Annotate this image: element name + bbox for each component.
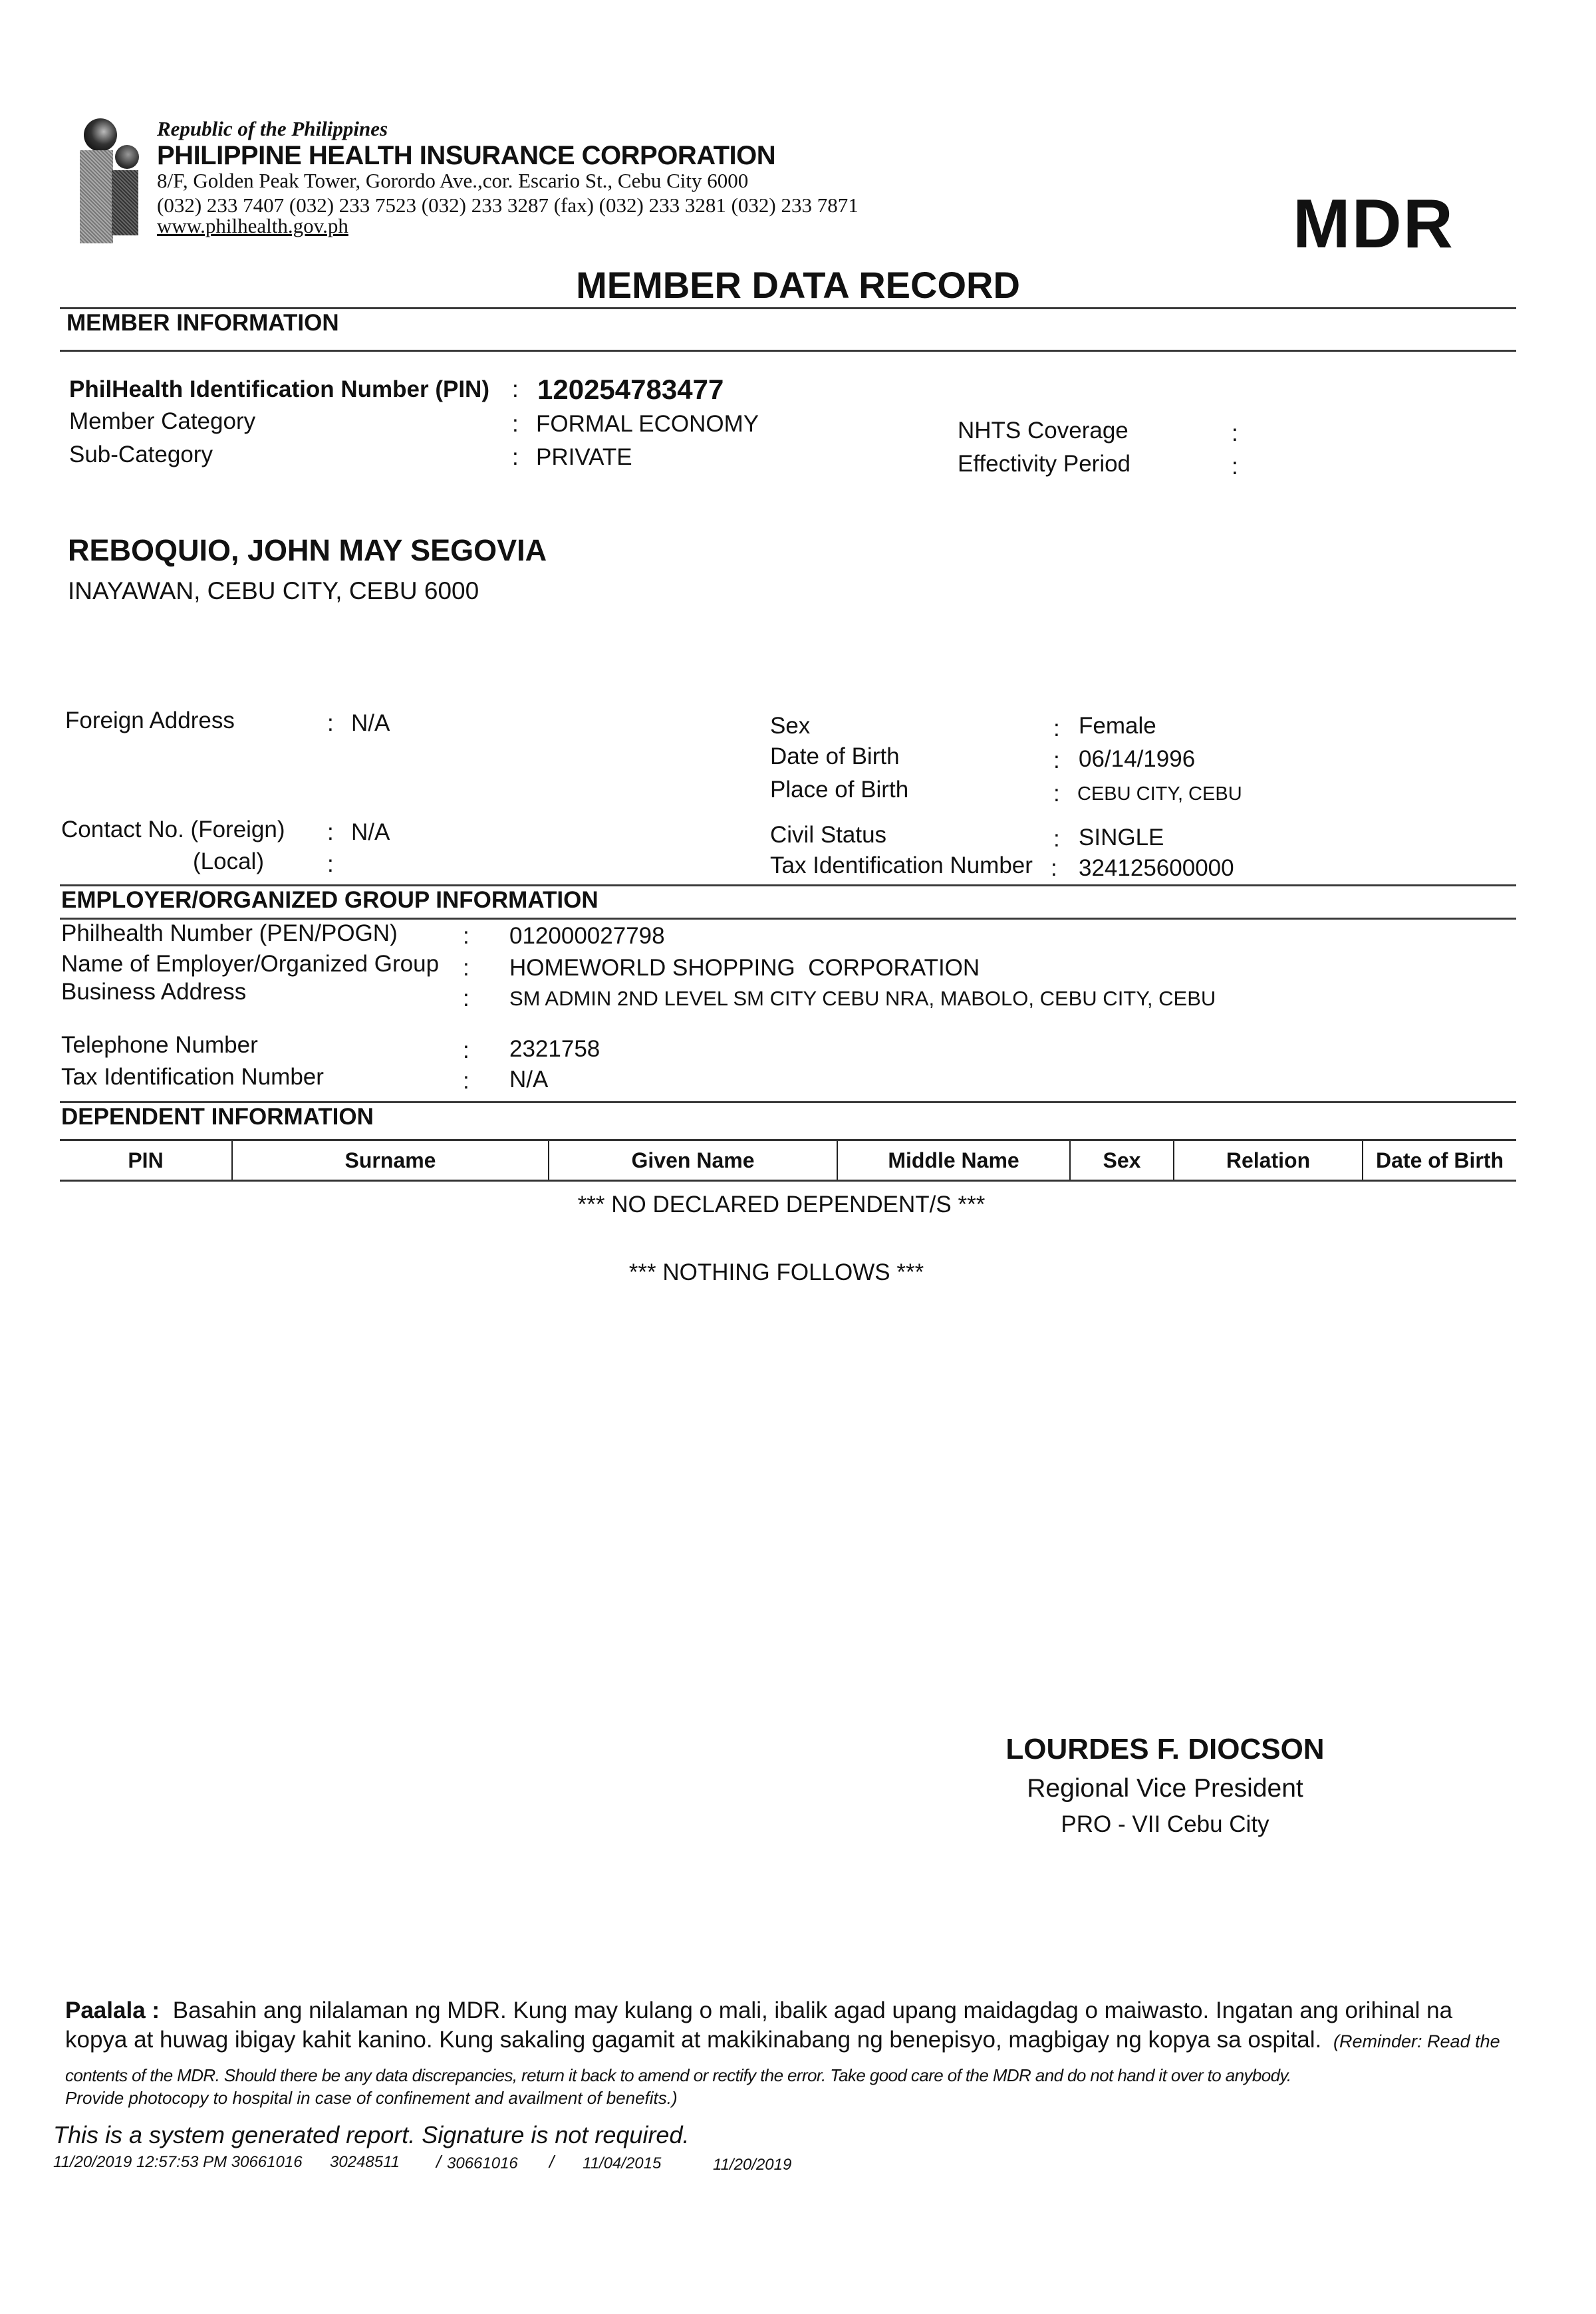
colon: : (512, 376, 519, 403)
colon: : (327, 851, 334, 878)
colon: : (1232, 420, 1238, 447)
colon: : (463, 985, 469, 1012)
colon: : (327, 710, 334, 737)
divider (60, 918, 1516, 920)
civil-status-value: SINGLE (1079, 825, 1164, 851)
member-name: REBOQUIO, JOHN MAY SEGOVIA (68, 533, 547, 568)
member-address: INAYAWAN, CEBU CITY, CEBU 6000 (68, 577, 479, 605)
stamp-date-1: 11/04/2015 (583, 2154, 661, 2173)
column-header-sex: Sex (1071, 1141, 1174, 1180)
colon: : (327, 819, 334, 846)
pen-value: 012000027798 (509, 923, 665, 950)
agency-address: 8/F, Golden Peak Tower, Gorordo Ave.,cor… (157, 169, 748, 193)
tin-value: 324125600000 (1079, 855, 1234, 882)
pob-value: CEBU CITY, CEBU (1077, 783, 1242, 805)
tin-label: Tax Identification Number (770, 852, 1033, 879)
pen-label: Philhealth Number (PEN/POGN) (61, 920, 398, 947)
colon: : (1053, 747, 1060, 774)
signatory-name: LOURDES F. DIOCSON (932, 1733, 1398, 1766)
sex-value: Female (1079, 713, 1156, 739)
reminder-text-2: kopya at huwag ibigay kahit kanino. Kung… (65, 2027, 1321, 2053)
pin-label: PhilHealth Identification Number (PIN) (69, 376, 489, 403)
stamp-id-2: 30661016 (447, 2154, 518, 2173)
column-header-surname: Surname (233, 1141, 549, 1180)
colon: : (1053, 826, 1060, 852)
column-header-middle-name: Middle Name (838, 1141, 1071, 1180)
nothing-follows-message: *** NOTHING FOLLOWS *** (0, 1259, 1553, 1286)
colon: : (463, 1037, 469, 1064)
column-header-pin: PIN (60, 1141, 233, 1180)
dob-value: 06/14/1996 (1079, 746, 1195, 773)
telephone-value: 2321758 (509, 1036, 600, 1063)
sub-category-value: PRIVATE (536, 444, 632, 471)
contact-foreign-value: N/A (351, 819, 390, 846)
divider (60, 350, 1516, 352)
member-category-label: Member Category (69, 408, 255, 435)
reminder-line-1: Paalala : Basahin ang nilalaman ng MDR. … (65, 1997, 1452, 2024)
system-generated-note: This is a system generated report. Signa… (53, 2121, 689, 2149)
column-header-date-of-birth: Date of Birth (1363, 1141, 1516, 1180)
signatory-office: PRO - VII Cebu City (932, 1811, 1398, 1838)
civil-status-label: Civil Status (770, 822, 886, 848)
colon: : (463, 923, 469, 950)
employer-tin-value: N/A (509, 1067, 548, 1093)
nhts-coverage-label: NHTS Coverage (958, 418, 1129, 444)
reminder-label: Paalala : (65, 1997, 160, 2023)
colon: : (463, 1068, 469, 1094)
divider (60, 884, 1516, 886)
contact-foreign-label: Contact No. (Foreign) (61, 817, 285, 843)
effectivity-period-label: Effectivity Period (958, 451, 1130, 477)
section-title-dependent-information: DEPENDENT INFORMATION (61, 1104, 374, 1130)
colon: : (512, 444, 519, 471)
colon: : (1232, 453, 1238, 480)
page-title: MEMBER DATA RECORD (0, 263, 1596, 307)
philhealth-logo-icon (78, 118, 152, 245)
employer-tin-label: Tax Identification Number (61, 1064, 324, 1091)
divider (60, 1101, 1516, 1103)
colon: : (1053, 781, 1060, 807)
republic-label: Republic of the Philippines (157, 117, 388, 141)
colon: : (1051, 855, 1057, 882)
dependent-table-header: PIN Surname Given Name Middle Name Sex R… (60, 1139, 1516, 1182)
sex-label: Sex (770, 713, 810, 739)
sub-category-label: Sub-Category (69, 442, 213, 468)
colon: : (1053, 715, 1060, 742)
section-title-employer-information: EMPLOYER/ORGANIZED GROUP INFORMATION (61, 887, 598, 914)
reminder-english-line-3: contents of the MDR. Should there be any… (65, 2065, 1291, 2086)
stamp-separator: / (436, 2152, 441, 2172)
stamp-separator: / (549, 2152, 554, 2172)
business-address-value: SM ADMIN 2ND LEVEL SM CITY CEBU NRA, MAB… (509, 987, 1216, 1011)
reminder-text-1: Basahin ang nilalaman ng MDR. Kung may k… (173, 1997, 1452, 2023)
dob-label: Date of Birth (770, 743, 900, 770)
reminder-english-line-4: Provide photocopy to hospital in case of… (65, 2088, 678, 2109)
pob-label: Place of Birth (770, 777, 908, 803)
agency-name: PHILIPPINE HEALTH INSURANCE CORPORATION (157, 141, 775, 171)
signatory-position: Regional Vice President (932, 1774, 1398, 1803)
divider (60, 307, 1516, 309)
stamp-id-1: 30248511 (330, 2153, 400, 2172)
column-header-relation: Relation (1174, 1141, 1363, 1180)
pin-value: 120254783477 (537, 374, 724, 406)
reminder-english-start: (Reminder: Read the (1333, 2031, 1500, 2051)
stamp-date-2: 11/20/2019 (713, 2156, 791, 2174)
contact-local-label: (Local) (193, 848, 264, 875)
business-address-label: Business Address (61, 979, 246, 1005)
print-timestamp: 11/20/2019 12:57:53 PM 30661016 (53, 2153, 303, 2172)
agency-website-link[interactable]: www.philhealth.gov.ph (157, 214, 348, 238)
employer-name-value: HOMEWORLD SHOPPING CORPORATION (509, 955, 980, 981)
reminder-line-2: kopya at huwag ibigay kahit kanino. Kung… (65, 2027, 1500, 2053)
foreign-address-value: N/A (351, 710, 390, 737)
column-header-given-name: Given Name (549, 1141, 838, 1180)
no-dependents-message: *** NO DECLARED DEPENDENT/S *** (0, 1192, 1563, 1218)
telephone-label: Telephone Number (61, 1032, 258, 1059)
colon: : (512, 411, 519, 438)
member-category-value: FORMAL ECONOMY (536, 411, 759, 438)
foreign-address-label: Foreign Address (65, 707, 235, 734)
colon: : (463, 955, 469, 981)
employer-name-label: Name of Employer/Organized Group (61, 951, 439, 977)
doc-code: MDR (1293, 185, 1454, 264)
section-title-member-information: MEMBER INFORMATION (66, 310, 339, 336)
